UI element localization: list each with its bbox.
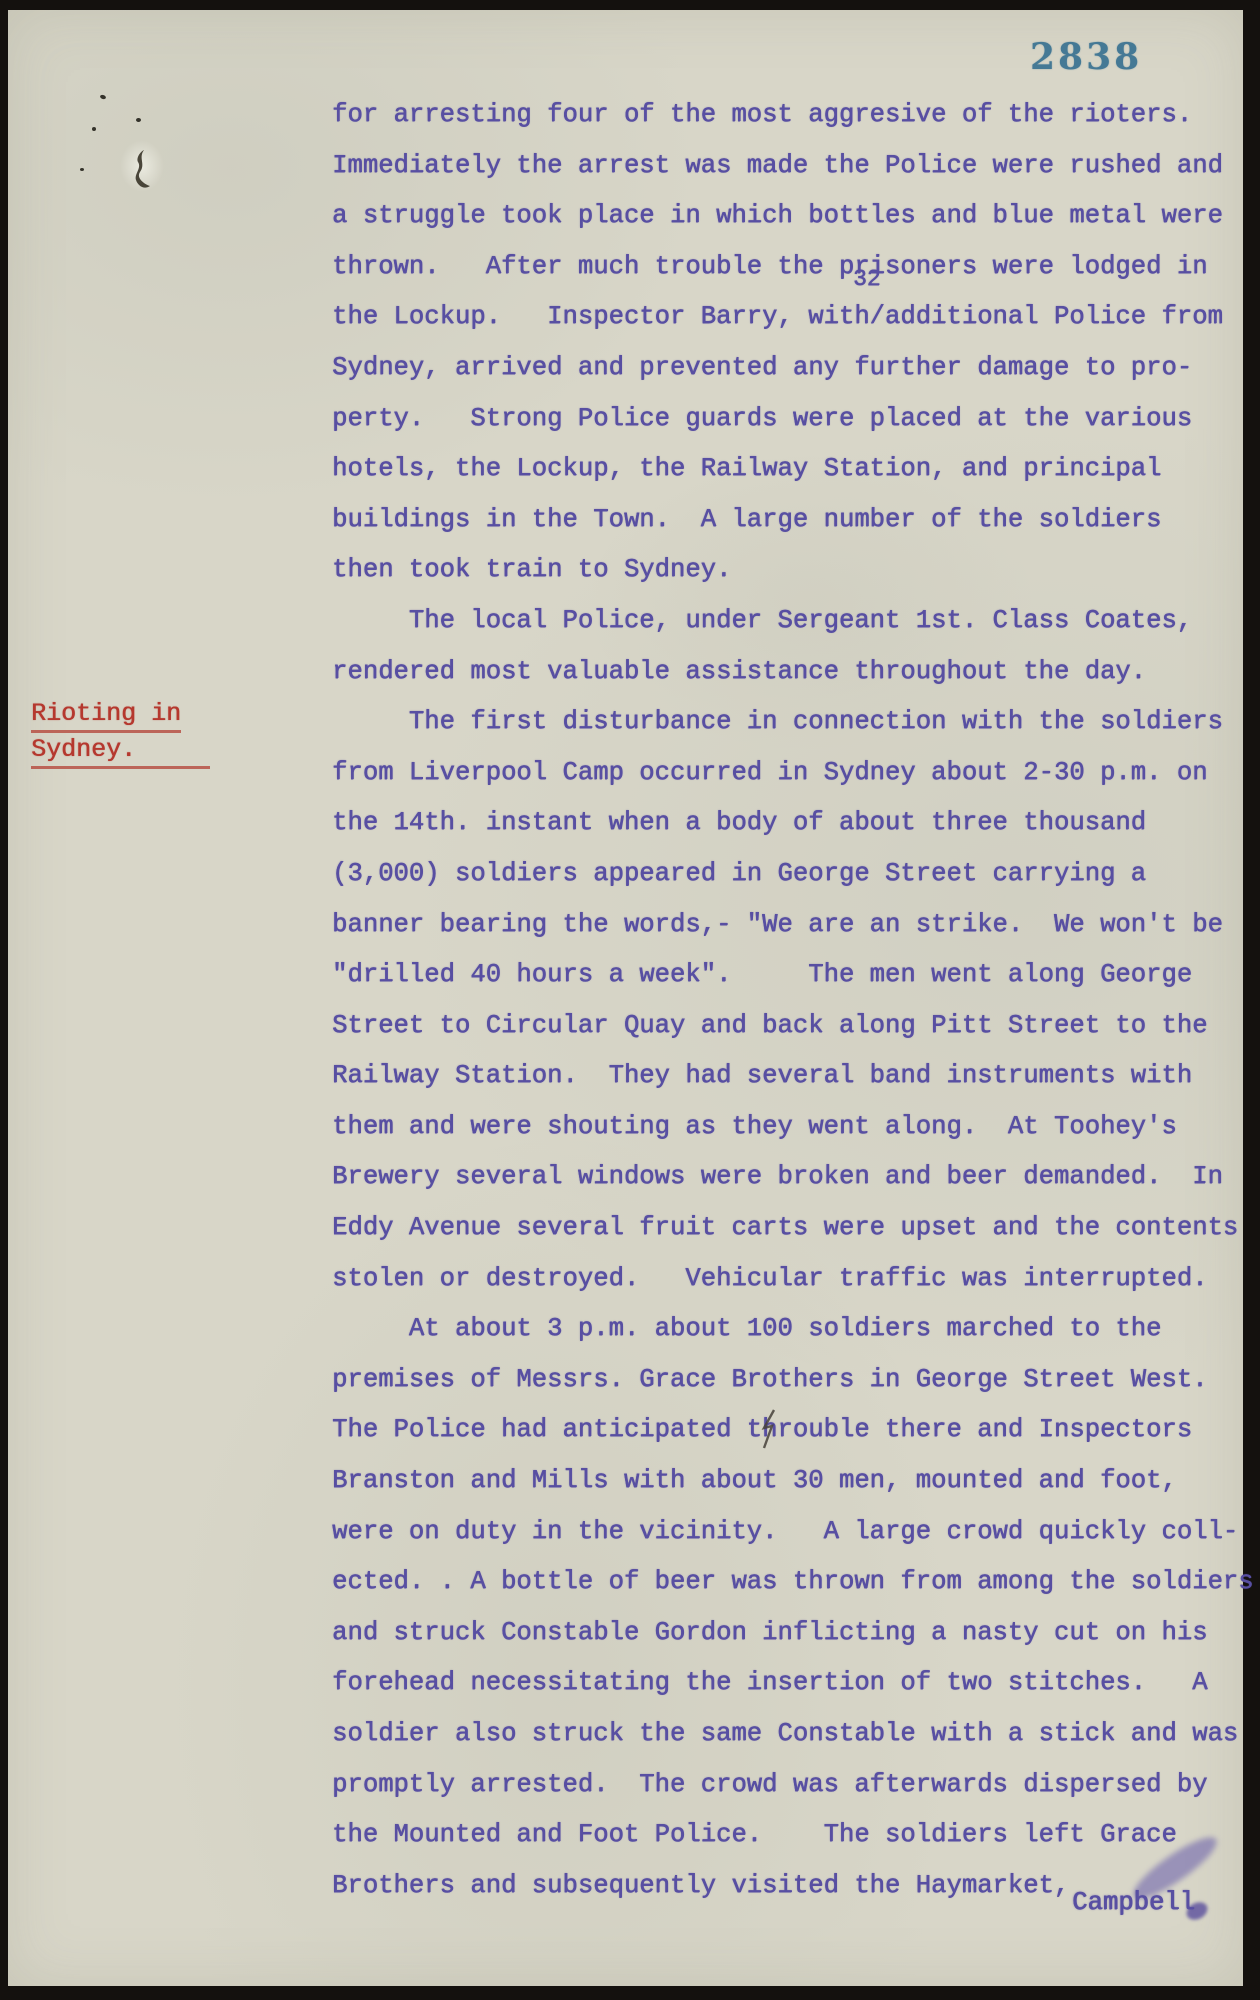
typed-line: The first disturbance in connection with… (332, 697, 1260, 748)
typed-line: rendered most valuable assistance throug… (332, 647, 1260, 698)
typed-line: ected. . A bottle of beer was thrown fro… (332, 1557, 1260, 1608)
typed-line: them and were shouting as they went alon… (332, 1102, 1260, 1153)
paper-defect (92, 127, 96, 131)
typed-line: The Police had anticipated throuble ther… (332, 1405, 1260, 1456)
typed-line: The local Police, under Sergeant 1st. Cl… (332, 596, 1260, 647)
typed-line: a struggle took place in which bottles a… (332, 191, 1260, 242)
paper-defect (80, 168, 84, 171)
paper-tear (130, 148, 154, 192)
typed-line: premises of Messrs. Grace Brothers in Ge… (332, 1355, 1260, 1406)
overstrike-mark (760, 1408, 780, 1452)
margin-note-line-2: Sydney. (31, 733, 210, 769)
typed-line: from Liverpool Camp occurred in Sydney a… (332, 748, 1260, 799)
typed-line: for arresting four of the most aggresive… (332, 90, 1260, 141)
typed-body-text: for arresting four of the most aggresive… (332, 90, 1260, 1911)
typed-line: then took train to Sydney. (332, 545, 1260, 596)
typed-line: buildings in the Town. A large number of… (332, 495, 1260, 546)
typed-line: stolen or destroyed. Vehicular traffic w… (332, 1254, 1260, 1305)
typed-line: Street to Circular Quay and back along P… (332, 1001, 1260, 1052)
paper-defect (136, 118, 141, 122)
typed-line: forehead necessitating the insertion of … (332, 1658, 1260, 1709)
paper-defect (99, 94, 106, 100)
typed-line: were on duty in the vicinity. A large cr… (332, 1507, 1260, 1558)
typed-line: (3,000) soldiers appeared in George Stre… (332, 849, 1260, 900)
typed-line: banner bearing the words,- "We are an st… (332, 900, 1260, 951)
catchword: Campbell (1072, 1888, 1195, 1917)
typed-line: Railway Station. They had several band i… (332, 1051, 1260, 1102)
typed-line: hotels, the Lockup, the Railway Station,… (332, 444, 1260, 495)
typed-line: "drilled 40 hours a week". The men went … (332, 950, 1260, 1001)
typed-line: the Mounted and Foot Police. The soldier… (332, 1810, 1260, 1861)
scanned-document-page: 2838 Rioting in Sydney. 32 for arresting… (8, 10, 1243, 1986)
margin-note-line-1: Rioting in (31, 697, 181, 733)
typed-line: thrown. After much trouble the prisoners… (332, 242, 1260, 293)
typed-line: promptly arrested. The crowd was afterwa… (332, 1760, 1260, 1811)
margin-annotation: Rioting in Sydney. (31, 697, 210, 769)
typed-line: Eddy Avenue several fruit carts were ups… (332, 1203, 1260, 1254)
typed-line: the 14th. instant when a body of about t… (332, 798, 1260, 849)
typed-line: Immediately the arrest was made the Poli… (332, 141, 1260, 192)
typed-line: perty. Strong Police guards were placed … (332, 394, 1260, 445)
typed-line: Brewery several windows were broken and … (332, 1152, 1260, 1203)
typed-line: soldier also struck the same Constable w… (332, 1709, 1260, 1760)
typed-line: At about 3 p.m. about 100 soldiers march… (332, 1304, 1260, 1355)
typed-line: the Lockup. Inspector Barry, with/additi… (332, 292, 1260, 343)
page-number-stamp: 2838 (1030, 36, 1142, 78)
typed-line: Branston and Mills with about 30 men, mo… (332, 1456, 1260, 1507)
typed-line: and struck Constable Gordon inflicting a… (332, 1608, 1260, 1659)
typed-line: Sydney, arrived and prevented any furthe… (332, 343, 1260, 394)
